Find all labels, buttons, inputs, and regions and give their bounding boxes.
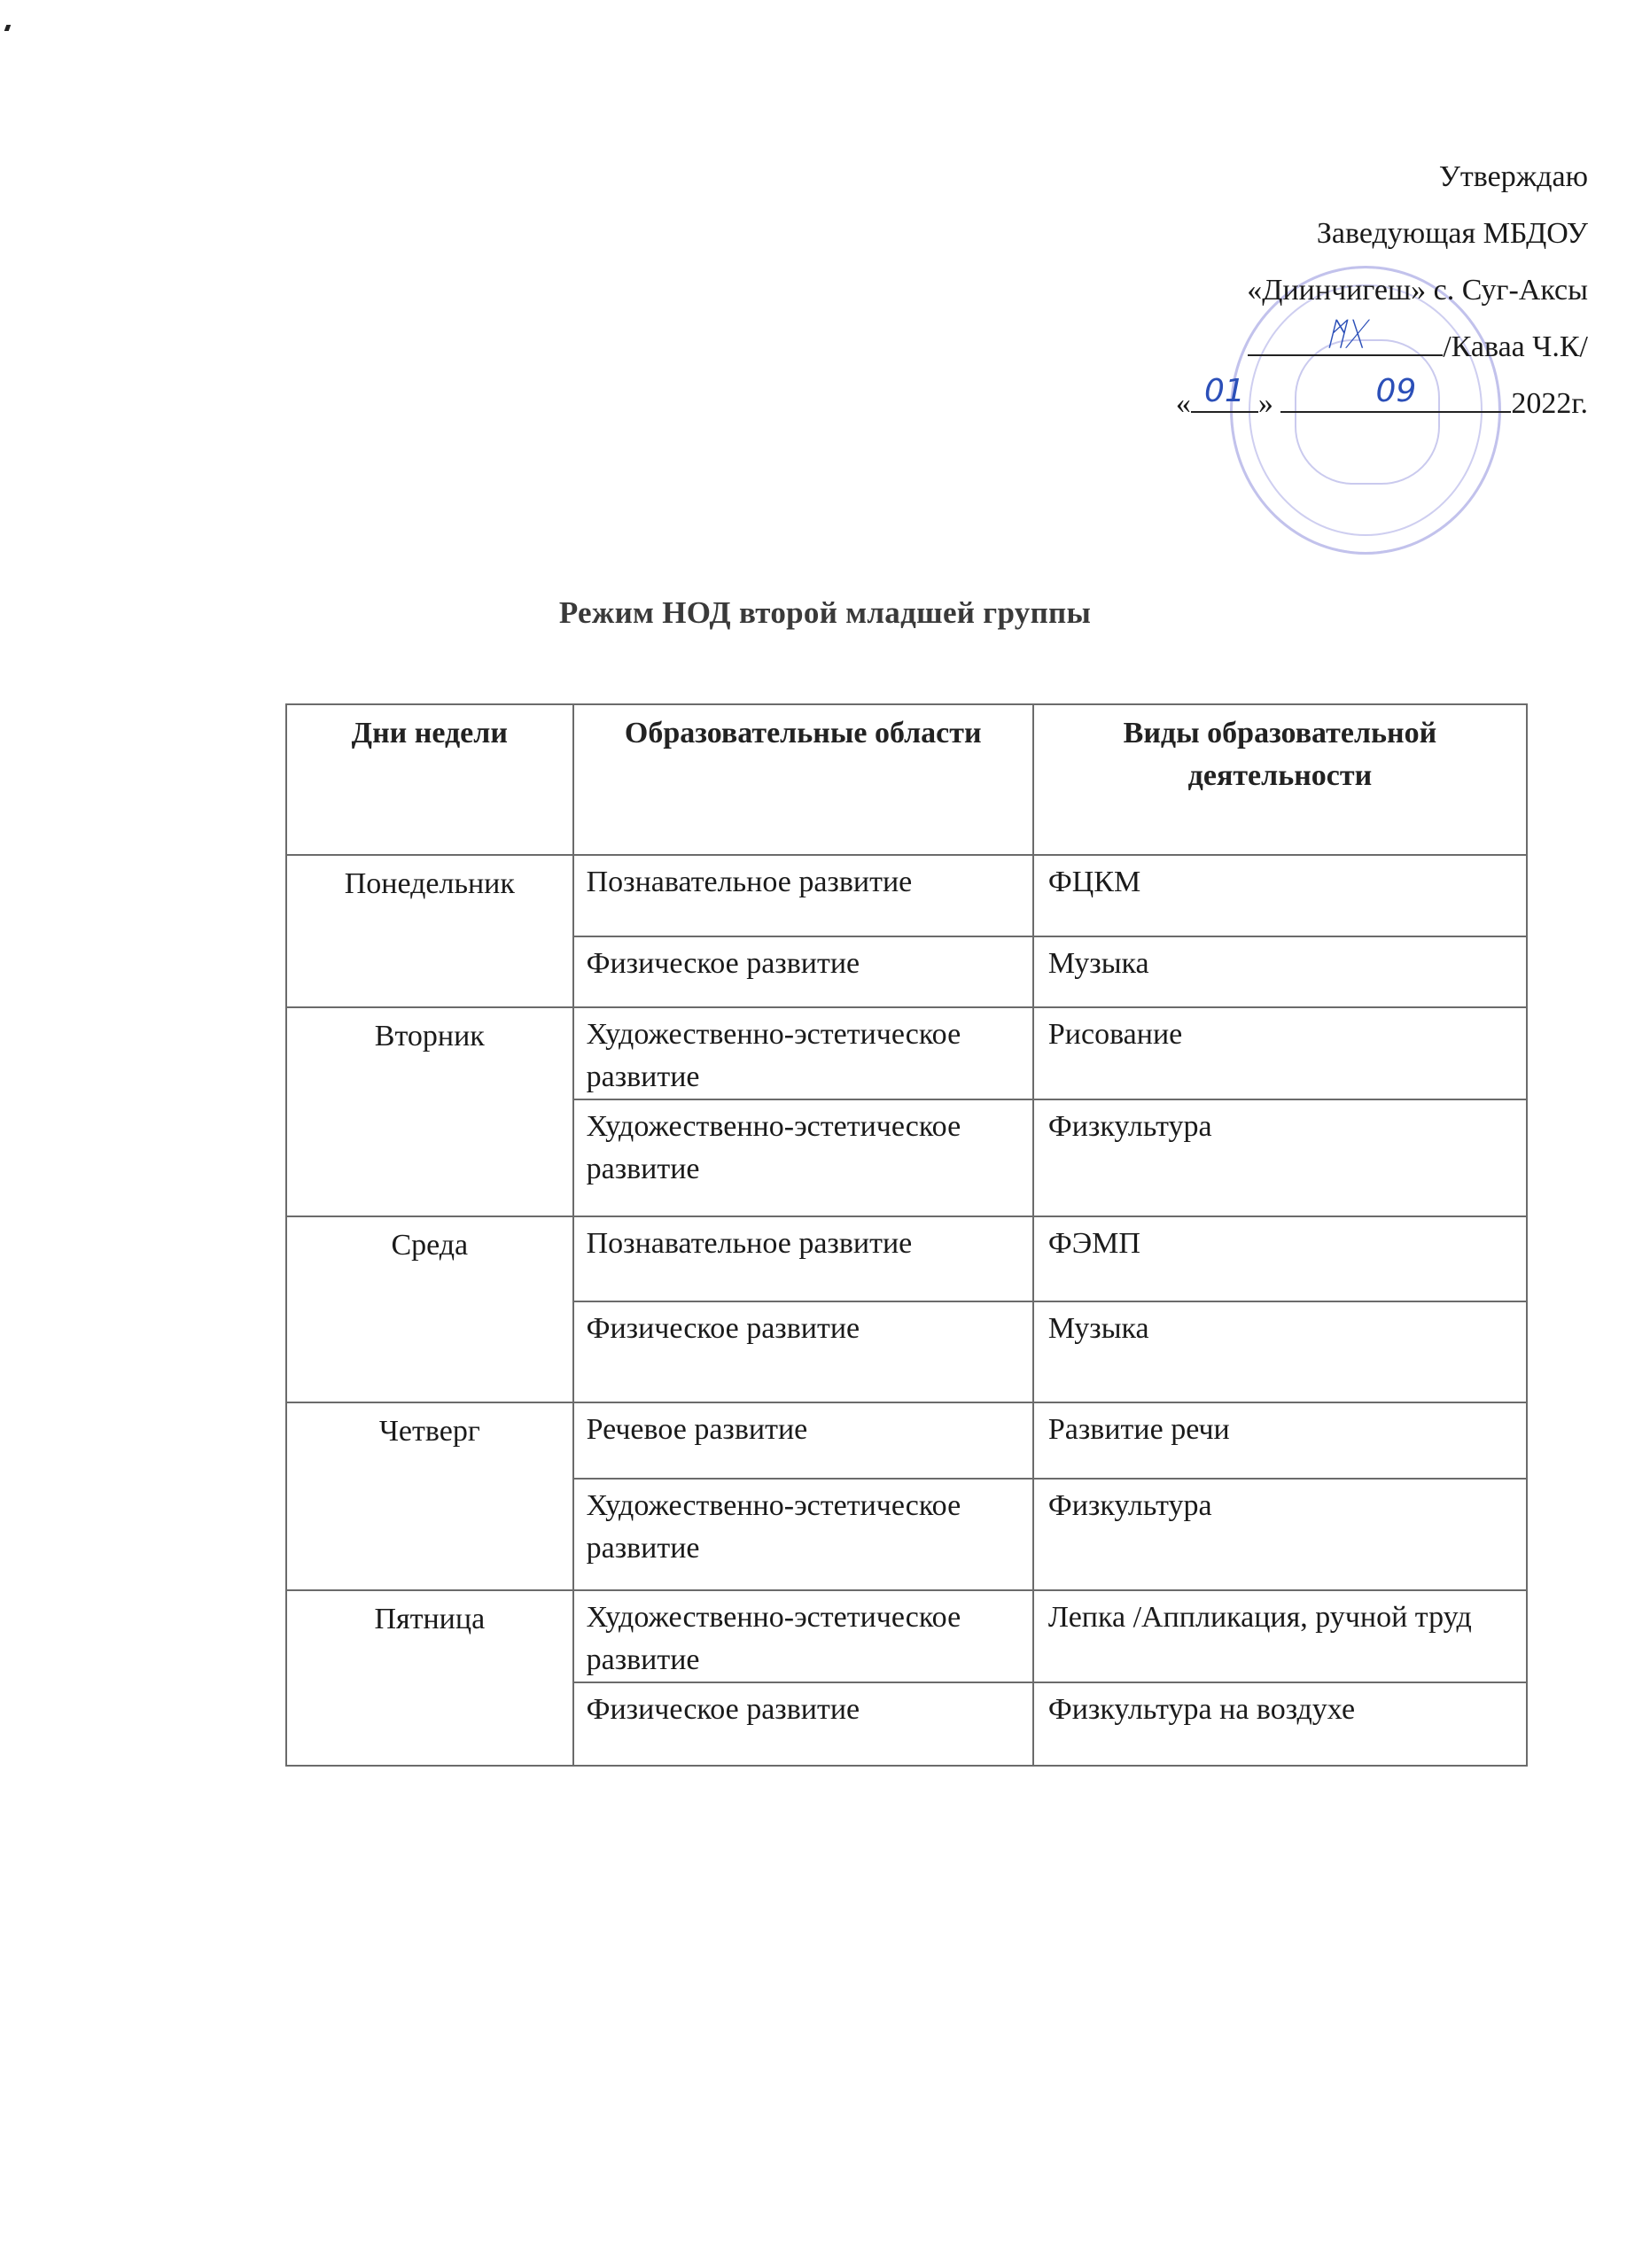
date-open-quote: «	[1176, 387, 1191, 420]
table-row: Вторник Художественно-эстетическое разви…	[286, 1007, 1527, 1099]
day-cell: Вторник	[286, 1007, 573, 1216]
scan-artifact	[4, 25, 12, 31]
header-area: Образовательные области	[573, 704, 1033, 855]
header-day: Дни недели	[286, 704, 573, 855]
approval-block: Утверждаю Заведующая МБДОУ «Диинчигеш» с…	[1176, 149, 1588, 432]
area-cell: Физическое развитие	[573, 1682, 1033, 1766]
document-title: Режим НОД второй младшей группы	[0, 595, 1650, 631]
approve-label: Утверждаю	[1176, 149, 1588, 206]
table-row: Пятница Художественно-эстетическое разви…	[286, 1590, 1527, 1682]
day-cell: Среда	[286, 1216, 573, 1402]
activity-cell: Рисование	[1033, 1007, 1527, 1099]
institution-name: «Диинчигеш» с. Суг-Аксы	[1176, 262, 1588, 319]
table-header-row: Дни недели Образовательные области Виды …	[286, 704, 1527, 855]
area-cell: Художественно-эстетическое развитие	[573, 1007, 1033, 1099]
area-cell: Художественно-эстетическое развитие	[573, 1099, 1033, 1216]
signature-blank: ᛗᚷ	[1248, 319, 1443, 356]
activity-cell: ФЦКМ	[1033, 855, 1527, 936]
date-line: «01» 092022г.	[1176, 376, 1588, 432]
date-year: 2022г.	[1511, 387, 1588, 420]
signatory-name: /Каваа Ч.К/	[1443, 330, 1588, 363]
activity-cell: ФЭМП	[1033, 1216, 1527, 1301]
handwritten-day: 01	[1191, 374, 1258, 409]
area-cell: Речевое развитие	[573, 1402, 1033, 1479]
activity-cell: Развитие речи	[1033, 1402, 1527, 1479]
area-cell: Художественно-эстетическое развитие	[573, 1479, 1033, 1590]
area-cell: Познавательное развитие	[573, 855, 1033, 936]
table-row: Среда Познавательное развитие ФЭМП	[286, 1216, 1527, 1301]
activity-cell: Физкультура	[1033, 1479, 1527, 1590]
day-cell: Пятница	[286, 1590, 573, 1766]
handwritten-month: 09	[1280, 374, 1511, 409]
table-row: Четверг Речевое развитие Развитие речи	[286, 1402, 1527, 1479]
area-cell: Физическое развитие	[573, 936, 1033, 1007]
activity-cell: Физкультура на воздухе	[1033, 1682, 1527, 1766]
day-cell: Понедельник	[286, 855, 573, 1007]
activity-cell: Физкультура	[1033, 1099, 1527, 1216]
handwritten-signature: ᛗᚷ	[1248, 317, 1443, 353]
header-activity: Виды образовательной деятельности	[1033, 704, 1527, 855]
activity-cell: Музыка	[1033, 936, 1527, 1007]
day-cell: Четверг	[286, 1402, 573, 1590]
signature-line: ᛗᚷ /Каваа Ч.К/	[1176, 319, 1588, 376]
schedule-table: Дни недели Образовательные области Виды …	[285, 703, 1528, 1767]
activity-cell: Лепка /Аппликация, ручной труд	[1033, 1590, 1527, 1682]
approver-position: Заведующая МБДОУ	[1176, 206, 1588, 262]
date-month-blank: 09	[1280, 376, 1511, 413]
activity-cell: Музыка	[1033, 1301, 1527, 1402]
area-cell: Физическое развитие	[573, 1301, 1033, 1402]
date-day-blank: 01	[1191, 376, 1258, 413]
table-row: Понедельник Познавательное развитие ФЦКМ	[286, 855, 1527, 936]
date-close-quote: »	[1258, 387, 1273, 420]
area-cell: Художественно-эстетическое развитие	[573, 1590, 1033, 1682]
area-cell: Познавательное развитие	[573, 1216, 1033, 1301]
